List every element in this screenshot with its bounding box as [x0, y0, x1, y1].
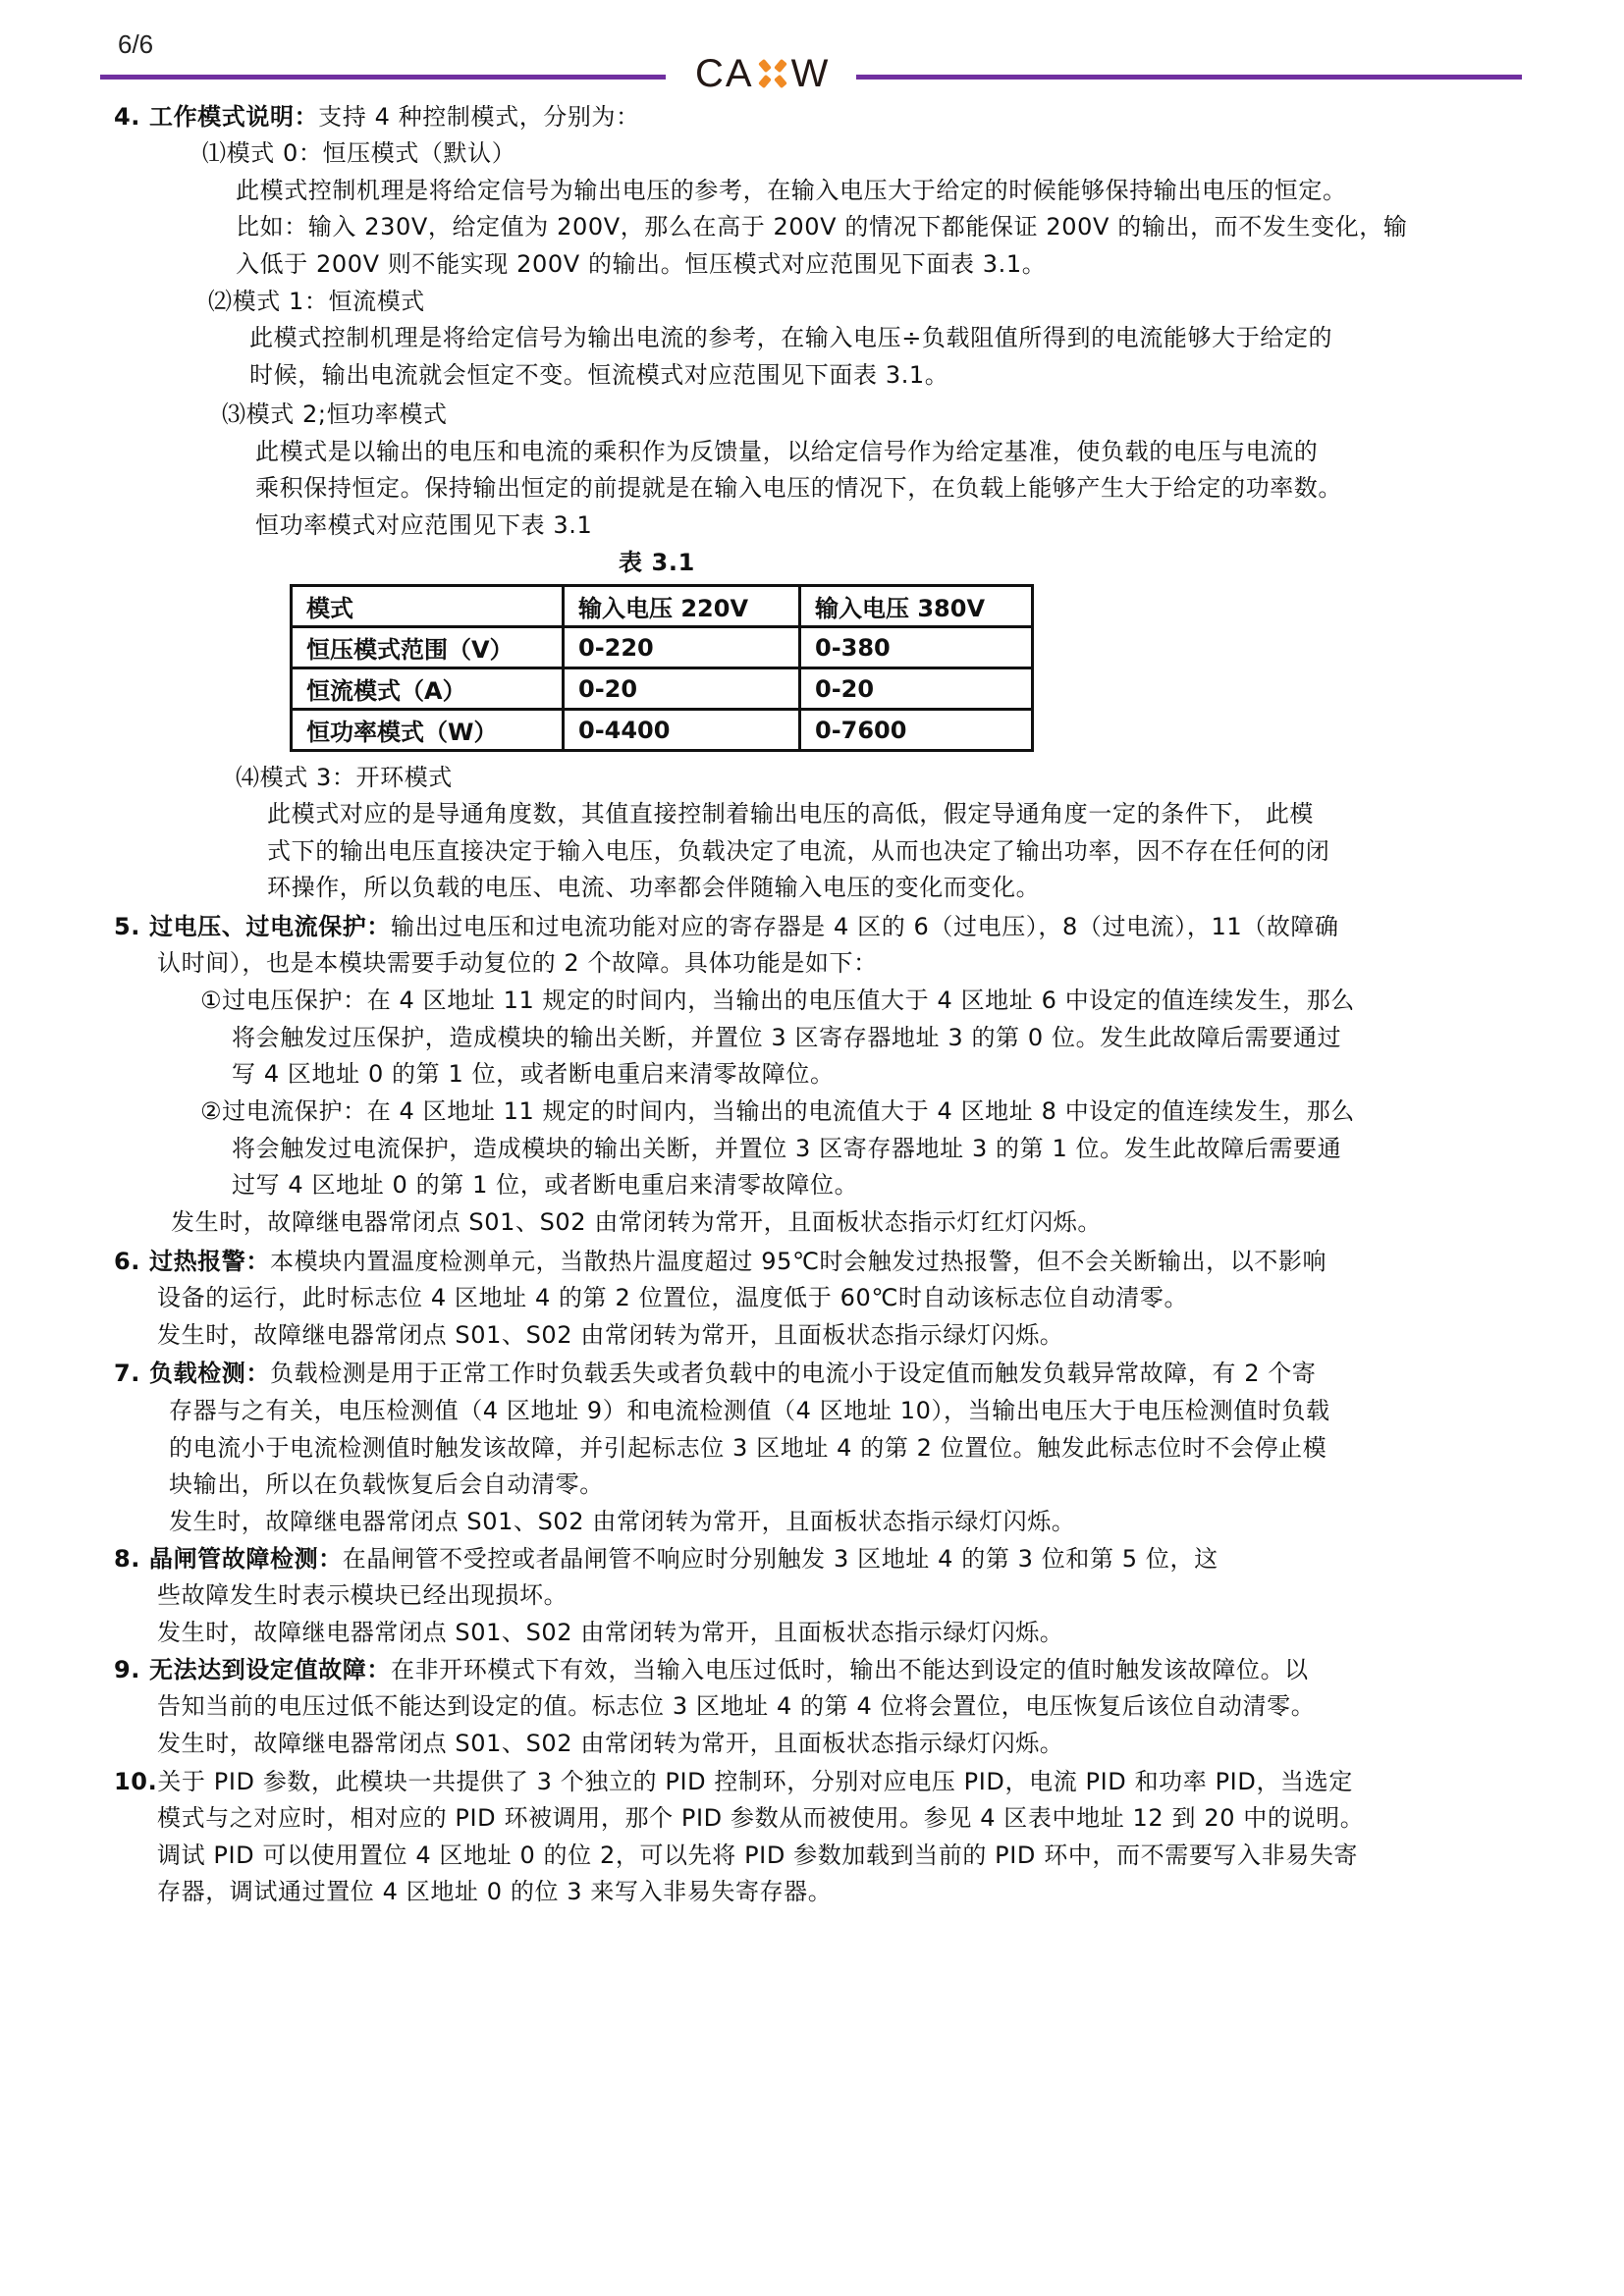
overvoltage-item: 写 4 区地址 0 的第 1 位，或者断电重启来清零故障位。	[232, 1059, 835, 1089]
page-number: 6/6	[118, 29, 153, 60]
section-8-line: 在晶闸管不受控或者晶闸管不响应时分别触发 3 区地址 4 的第 3 位和第 5 …	[343, 1545, 1218, 1573]
mode2-line: 乘积保持恒定。保持输出恒定的前提就是在输入电压的情况下，在负载上能够产生大于给定…	[255, 473, 1342, 503]
mode0-line: 比如：输入 230V，给定值为 200V，那么在高于 200V 的情况下都能保证…	[236, 212, 1407, 241]
table-cell: 0-20	[564, 668, 800, 710]
table-row: 恒流模式（A） 0-20 0-20	[292, 668, 1033, 710]
table-cell: 0-7600	[800, 710, 1033, 751]
section-6: 6. 过热报警：本模块内置温度检测单元，当散热片温度超过 95℃时会触发过热报警…	[114, 1247, 1326, 1276]
table-cell: 0-220	[564, 627, 800, 668]
section-6-title: 6. 过热报警：	[114, 1248, 270, 1275]
mode0-line: 此模式控制机理是将给定信号为输出电压的参考，在输入电压大于给定的时候能够保持输出…	[236, 176, 1347, 205]
section-7-line: 块输出，所以在负载恢复后会自动清零。	[169, 1469, 604, 1499]
mode2-line: 恒功率模式对应范围见下表 3.1	[255, 510, 592, 540]
table-header-cell: 输入电压 380V	[800, 586, 1033, 627]
section-7-title: 7. 负载检测：	[114, 1360, 270, 1387]
table-cell: 0-4400	[564, 710, 800, 751]
mode-range-table: 模式 输入电压 220V 输入电压 380V 恒压模式范围（V） 0-220 0…	[290, 584, 1034, 752]
section-5-note: 发生时，故障继电器常闭点 S01、S02 由常闭转为常开，且面板状态指示灯红灯闪…	[171, 1207, 1102, 1237]
mode0-heading: ⑴模式 0：恒压模式（默认）	[202, 138, 515, 168]
section-9-title: 9. 无法达到设定值故障：	[114, 1656, 391, 1683]
mode3-heading: ⑷模式 3：开环模式	[236, 763, 453, 792]
section-7-line: 的电流小于电流检测值时触发该故障，并引起标志位 3 区地址 4 的第 2 位置位…	[169, 1433, 1326, 1463]
table-row: 恒压模式范围（V） 0-220 0-380	[292, 627, 1033, 668]
section-7-line: 负载检测是用于正常工作时负载丢失或者负载中的电流小于设定值而触发负载异常故障，有…	[270, 1360, 1317, 1387]
section-8-line: 些故障发生时表示模块已经出现损坏。	[157, 1580, 568, 1610]
table-caption: 表 3.1	[619, 548, 695, 577]
section-10-line: 调试 PID 可以使用置位 4 区地址 0 的位 2，可以先将 PID 参数加载…	[157, 1841, 1358, 1870]
mode1-line: 时候，输出电流就会恒定不变。恒流模式对应范围见下面表 3.1。	[249, 360, 948, 390]
table-row: 恒功率模式（W） 0-4400 0-7600	[292, 710, 1033, 751]
section-5-title: 5. 过电压、过电流保护：	[114, 913, 391, 940]
mode0-line: 入低于 200V 则不能实现 200V 的输出。恒压模式对应范围见下面表 3.1…	[236, 249, 1046, 279]
table-cell: 恒流模式（A）	[292, 668, 564, 710]
section-10: 10.关于 PID 参数，此模块一共提供了 3 个独立的 PID 控制环，分别对…	[114, 1767, 1353, 1796]
section-9-note: 发生时，故障继电器常闭点 S01、S02 由常闭转为常开，且面板状态指示绿灯闪烁…	[157, 1729, 1063, 1758]
section-6-line: 设备的运行，此时标志位 4 区地址 4 的第 2 位置位，温度低于 60℃时自动…	[157, 1283, 1188, 1312]
section-5-line: 认时间），也是本模块需要手动复位的 2 个故障。具体功能是如下：	[157, 948, 878, 978]
section-6-note: 发生时，故障继电器常闭点 S01、S02 由常闭转为常开，且面板状态指示绿灯闪烁…	[157, 1320, 1063, 1350]
table-header-cell: 模式	[292, 586, 564, 627]
section-7: 7. 负载检测：负载检测是用于正常工作时负载丢失或者负载中的电流小于设定值而触发…	[114, 1359, 1317, 1388]
section-9-line: 告知当前的电压过低不能达到设定的值。标志位 3 区地址 4 的第 4 位将会置位…	[157, 1691, 1315, 1721]
section-8: 8. 晶闸管故障检测：在晶闸管不受控或者晶闸管不响应时分别触发 3 区地址 4 …	[114, 1544, 1218, 1574]
mode2-line: 此模式是以输出的电压和电流的乘积作为反馈量，以给定信号作为给定基准，使负载的电压…	[255, 437, 1318, 466]
header-rule-right	[856, 75, 1522, 80]
table-header-cell: 输入电压 220V	[564, 586, 800, 627]
overcurrent-item: 将会触发过电流保护，造成模块的输出关断，并置位 3 区寄存器地址 3 的第 1 …	[232, 1134, 1341, 1163]
table-header-row: 模式 输入电压 220V 输入电压 380V	[292, 586, 1033, 627]
logo-text-right: W	[791, 52, 831, 96]
mode3-line: 式下的输出电压直接决定于输入电压，负载决定了电流，从而也决定了输出功率，因不存在…	[267, 836, 1329, 866]
section-5: 5. 过电压、过电流保护：输出过电压和过电流功能对应的寄存器是 4 区的 6（过…	[114, 912, 1339, 941]
overcurrent-item: ②过电流保护：在 4 区地址 11 规定的时间内，当输出的电流值大于 4 区地址…	[200, 1096, 1355, 1126]
section-8-title: 8. 晶闸管故障检测：	[114, 1545, 343, 1573]
table-cell: 0-20	[800, 668, 1033, 710]
table-cell: 0-380	[800, 627, 1033, 668]
mode3-line: 此模式对应的是导通角度数，其值直接控制着输出电压的高低，假定导通角度一定的条件下…	[267, 799, 1314, 828]
section-10-line: 关于 PID 参数，此模块一共提供了 3 个独立的 PID 控制环，分别对应电压…	[157, 1768, 1353, 1795]
mode1-line: 此模式控制机理是将给定信号为输出电流的参考，在输入电压÷负载阻值所得到的电流能够…	[249, 323, 1332, 352]
mode2-heading: ⑶模式 2;恒功率模式	[222, 400, 448, 429]
section-9: 9. 无法达到设定值故障：在非开环模式下有效，当输入电压过低时，输出不能达到设定…	[114, 1655, 1309, 1684]
overvoltage-item: ①过电压保护：在 4 区地址 11 规定的时间内，当输出的电压值大于 4 区地址…	[200, 986, 1355, 1015]
table-cell: 恒功率模式（W）	[292, 710, 564, 751]
section-6-line: 本模块内置温度检测单元，当散热片温度超过 95℃时会触发过热报警，但不会关断输出…	[270, 1248, 1326, 1275]
logo-x-icon	[756, 57, 789, 90]
section-4: 4. 工作模式说明：支持 4 种控制模式，分别为：	[114, 102, 640, 132]
table-cell: 恒压模式范围（V）	[292, 627, 564, 668]
logo-text-left: CA	[695, 52, 754, 96]
section-4-title: 4. 工作模式说明：	[114, 103, 318, 131]
section-4-intro: 支持 4 种控制模式，分别为：	[318, 103, 640, 131]
overcurrent-item: 过写 4 区地址 0 的第 1 位，或者断电重启来清零故障位。	[232, 1170, 858, 1200]
company-logo: CA W	[695, 53, 830, 94]
section-10-title: 10.	[114, 1768, 157, 1795]
mode3-line: 环操作，所以负载的电压、电流、功率都会伴随输入电压的变化而变化。	[267, 873, 1040, 902]
header-rule-left	[100, 75, 666, 80]
section-7-line: 存器与之有关，电压检测值（4 区地址 9）和电流检测值（4 区地址 10），当输…	[169, 1396, 1330, 1425]
section-7-note: 发生时，故障继电器常闭点 S01、S02 由常闭转为常开，且面板状态指示绿灯闪烁…	[169, 1507, 1075, 1536]
mode1-heading: ⑵模式 1：恒流模式	[208, 287, 425, 316]
section-9-line: 在非开环模式下有效，当输入电压过低时，输出不能达到设定的值时触发该故障位。以	[391, 1656, 1309, 1683]
section-10-line: 模式与之对应时，相对应的 PID 环被调用，那个 PID 参数从而被使用。参见 …	[157, 1803, 1364, 1833]
section-8-note: 发生时，故障继电器常闭点 S01、S02 由常闭转为常开，且面板状态指示绿灯闪烁…	[157, 1618, 1063, 1647]
section-5-line: 输出过电压和过电流功能对应的寄存器是 4 区的 6（过电压），8（过电流），11…	[391, 913, 1339, 940]
section-10-line: 存器，调试通过置位 4 区地址 0 的位 3 来写入非易失寄存器。	[157, 1877, 832, 1906]
overvoltage-item: 将会触发过压保护，造成模块的输出关断，并置位 3 区寄存器地址 3 的第 0 位…	[232, 1023, 1341, 1052]
